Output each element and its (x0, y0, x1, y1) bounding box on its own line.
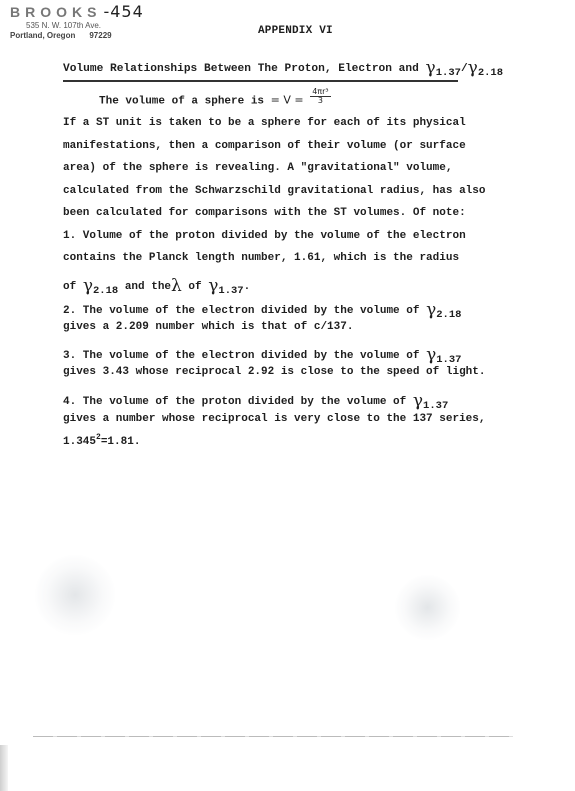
subscript: 2.18 (93, 285, 118, 297)
item-2-line-2: gives a 2.209 number which is that of c/… (63, 321, 353, 333)
text: of (188, 281, 201, 293)
title-subscript-1: 1.37 (436, 67, 461, 79)
gamma-symbol: γ (468, 58, 478, 78)
item-1-line-3: of γ2.18 and theλ of γ1.37. (63, 274, 250, 294)
item-4-line-1: 4. The volume of the proton divided by t… (63, 389, 448, 409)
lambda-symbol: λ (171, 276, 182, 296)
text: 4. The volume of the proton divided by t… (63, 396, 406, 408)
gamma-symbol: γ (208, 276, 218, 296)
stamp-name-text: BROOKS (10, 4, 101, 20)
scan-artifact (35, 555, 115, 635)
stamp-city-text: Portland, Oregon (10, 31, 75, 40)
stamp-address: 535 N. W. 107th Ave. (26, 21, 144, 31)
paragraph-line: area) of the sphere is revealing. A "gra… (63, 162, 452, 174)
item-1-line-2: contains the Planck length number, 1.61,… (63, 252, 459, 264)
item-4-line-2: gives a number whose reciprocal is very … (63, 413, 485, 425)
page-bottom-edge (33, 736, 513, 737)
gamma-symbol: γ (426, 345, 436, 365)
subscript: 1.37 (218, 285, 243, 297)
text: 2. The volume of the electron divided by… (63, 305, 419, 317)
paragraph-line: calculated from the Schwarzschild gravit… (63, 185, 485, 197)
gamma-symbol: γ (426, 300, 436, 320)
gamma-symbol: γ (83, 276, 93, 296)
item-2-line-1: 2. The volume of the electron divided by… (63, 298, 461, 318)
handwritten-number: -454 (103, 2, 143, 21)
text: =1.81. (101, 436, 141, 448)
scan-edge-shadow (0, 745, 8, 791)
stamp-city: Portland, Oregon97229 (10, 31, 144, 41)
sphere-volume-fraction: 4πr³ 3 (310, 88, 330, 105)
formula-lhs: = V = (271, 93, 304, 106)
item-3-line-2: gives 3.43 whose reciprocal 2.92 is clos… (63, 366, 485, 378)
document-title: Volume Relationships Between The Proton,… (63, 56, 503, 76)
gamma-symbol: γ (413, 391, 423, 411)
paragraph-line: manifestations, then a comparison of the… (63, 140, 466, 152)
title-separator: / (461, 63, 468, 75)
formula-line: The volume of a sphere is = V = 4πr³ 3 (99, 92, 331, 109)
formula-intro: The volume of a sphere is (99, 95, 264, 107)
text: 3. The volume of the electron divided by… (63, 350, 419, 362)
subscript: 1.37 (423, 400, 448, 412)
paragraph-line: been calculated for comparisons with the… (63, 207, 466, 219)
item-3-line-1: 3. The volume of the electron divided by… (63, 343, 461, 363)
text: 1.345 (63, 436, 96, 448)
text: of (63, 281, 76, 293)
stamp-name: BROOKS-454 (10, 2, 144, 21)
text: and the (125, 281, 171, 293)
text: . (244, 281, 251, 293)
scan-artifact (395, 575, 460, 640)
superscript: 2 (96, 433, 101, 442)
title-subscript-2: 2.18 (478, 67, 503, 79)
subscript: 1.37 (436, 354, 461, 366)
address-stamp: BROOKS-454 535 N. W. 107th Ave. Portland… (10, 2, 144, 41)
subscript: 2.18 (436, 309, 461, 321)
item-1-line-1: 1. Volume of the proton divided by the v… (63, 230, 466, 242)
fraction-denominator: 3 (310, 97, 330, 105)
gamma-symbol: γ (426, 58, 436, 78)
stamp-zip: 97229 (89, 31, 111, 40)
item-4-line-3: 1.3452=1.81. (63, 436, 140, 448)
appendix-heading: APPENDIX VI (258, 25, 333, 37)
paragraph-line: If a ST unit is taken to be a sphere for… (63, 117, 466, 129)
title-underline (63, 80, 458, 82)
title-text: Volume Relationships Between The Proton,… (63, 63, 419, 75)
